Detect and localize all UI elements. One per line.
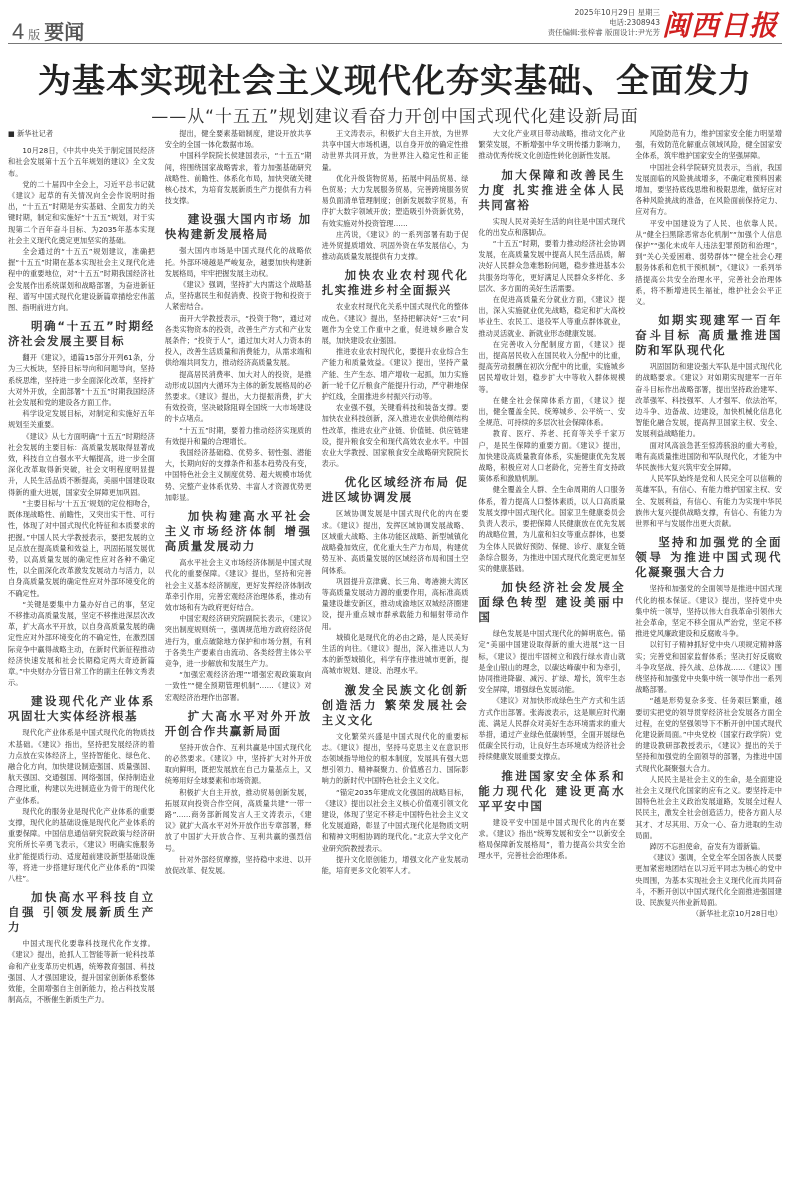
paragraph: 推进农业农村现代化，要提升农业综合生产能力和质量效益。《建议》提出，坚持产量产能… bbox=[322, 346, 469, 402]
page-label: 版 bbox=[28, 28, 40, 42]
paragraph: 针对外部经贸摩擦，坚持稳中求进、以开放促改革、促发展。 bbox=[165, 854, 312, 876]
column-5: 风险防范有力，维护国家安全能力明显增强，有效防范化解重点领域风险，健全国家安全体… bbox=[635, 128, 782, 1196]
page-number: 4 bbox=[12, 19, 24, 44]
header-divider bbox=[8, 43, 782, 44]
column-1: ■ 新华社记者 10月28日，《中共中央关于制定国民经济和社会发展第十五个五年规… bbox=[8, 128, 155, 1196]
section-heading: 优化区域经济布局 促进区域协调发展 bbox=[322, 475, 469, 505]
paragraph: 坚持开放合作、互利共赢是中国式现代化的必然要求。《建议》中，坚持扩大对外开放取向… bbox=[165, 742, 312, 787]
paragraph: 提高居民消费率、加大对人的投资，是推动形成以国内大循环为主体的新发展格局的必然要… bbox=[165, 369, 312, 425]
paragraph: 中国社会科学院研究员表示，当前，我国发展面临的风险挑战增多，不确定难预料因素增加… bbox=[635, 162, 782, 218]
paragraph: 农业强不强，关键看科技和装备支撑。要加快农业科技创新，深入推进农业供给侧结构性改… bbox=[322, 402, 469, 469]
article-subheadline: ——从“十五五”规划建议看奋力开创中国式现代化建设新局面 bbox=[0, 102, 790, 127]
paragraph: 教育、医疗、养老、托育等关乎千家万户，是民生保障的重要方面。《建议》提出，加快建… bbox=[478, 428, 625, 484]
byline: ■ 新华社记者 bbox=[8, 128, 155, 139]
paragraph: 建设平安中国是中国式现代化的内在要求。《建议》指出“统筹发展和安全”“以新安全格… bbox=[478, 817, 625, 862]
paragraph: 庄芮说，《建议》的一系列部署有助于促进外贸提质增效、巩固外资在华发展信心，为推动… bbox=[322, 229, 469, 263]
paragraph: 以钉钉子精神抓好党中央八项规定精神落实；完善党和国家监督体系；坚决打好反腐败斗争… bbox=[635, 639, 782, 695]
paragraph: 区域协调发展是中国式现代化的内在要求。《建议》提出，发挥区域协调发展战略、区域重… bbox=[322, 508, 469, 575]
paragraph: 踔厉不忘担使命，奋发有为谱新篇。 bbox=[635, 841, 782, 852]
section-heading: 加大保障和改善民生力度 扎实推进全体人民共同富裕 bbox=[478, 168, 625, 213]
paragraph: 翻开《建议》，通篇15部分开列61条，分为三大板块，坚持目标导向和问题导向，坚持… bbox=[8, 352, 155, 408]
column-3: 王文涛表示，积极扩大自主开放，为世界共享中国大市场机遇，以自身开放的确定性推动世… bbox=[322, 128, 469, 1196]
paragraph: 《建议》强调，坚持扩大内需这个战略基点，坚持惠民生和促消费、投资于物和投资于人紧… bbox=[165, 279, 312, 313]
paragraph: “主要目标与‘十五五’规划的定位相吻合，既体现战略性、前瞻性，又突出实干性、可行… bbox=[8, 498, 155, 599]
paragraph: 坚持和加强党的全面领导是推进中国式现代化的根本保证。《建议》提出，坚持党中央集中… bbox=[635, 583, 782, 639]
article-body: ■ 新华社记者 10月28日，《中共中央关于制定国民经济和社会发展第十五个五年规… bbox=[8, 128, 782, 1196]
paragraph: “十五五”时期，要着力推动经济实现质的有效提升和量的合理增长。 bbox=[165, 425, 312, 447]
section-heading: 加快农业农村现代化 扎实推进乡村全面振兴 bbox=[322, 268, 469, 298]
paragraph: 《建议》强调，全党全军全国各族人民要更加紧密地团结在以习近平同志为核心的党中央周… bbox=[635, 852, 782, 908]
article-headline: 为基本实现社会主义现代化夯实基础、全面发力 bbox=[0, 55, 790, 102]
phone-number: 电话:2308943 bbox=[548, 18, 660, 28]
paragraph: 在健全社会保障体系方面，《建议》提出，健全覆盖全民、统筹城乡、公平统一、安全规范… bbox=[478, 395, 625, 429]
paragraph: “十五五”时期，要着力推动经济社会协调发展，在高质量发展中提高人民生活品质，解决… bbox=[478, 238, 625, 294]
paragraph: 实现人民对美好生活的向往是中国式现代化的出发点和落脚点。 bbox=[478, 216, 625, 238]
paragraph: 强大国内市场是中国式现代化的战略依托。外部环境越是严峻复杂，越要加快构建新发展格… bbox=[165, 245, 312, 279]
paragraph: 《建议》从七方面明确“十五五”时期经济社会发展的主要目标：高质量发展取得显著成效… bbox=[8, 431, 155, 498]
paragraph: 提出，健全要素基础制度，建设开放共享安全的全国一体化数据市场。 bbox=[165, 128, 312, 150]
paragraph: 党的二十届四中全会上，习近平总书记就《建议》起草的有关情况向全会作说明时指出，“… bbox=[8, 179, 155, 246]
paragraph: 优化升级货物贸易，拓展中间品贸易、绿色贸易；大力发展服务贸易，完善跨境服务贸易负… bbox=[322, 173, 469, 229]
paragraph: 大文化产业项目带动战略，推动文化产业繁荣发展，不断增强中华文明传播力影响力，推动… bbox=[478, 128, 625, 162]
paragraph: 全会通过的“十五五”规划建议，准确把握“十五五”时期在基本实现社会主义现代化进程… bbox=[8, 246, 155, 313]
masthead: 4版要闻 2025年10月29日 星期三 电话:2308943 责任编辑:张梓睿… bbox=[0, 0, 790, 40]
paragraph: 现代化产业体系是中国式现代化的物质技术基础。《建议》指出，坚持把发展经济的着力点… bbox=[8, 727, 155, 805]
section-heading: 激发全民族文化创新创造活力 繁荣发展社会主义文化 bbox=[322, 683, 469, 728]
paragraph: 风险防范有力，维护国家安全能力明显增强，有效防范化解重点领域风险，健全国家安全体… bbox=[635, 128, 782, 162]
paragraph: 中国式现代化要靠科技现代化作支撑。《建议》提出，抢抓人工智能等新一轮科技革命和产… bbox=[8, 938, 155, 1005]
section-heading: 建设强大国内市场 加快构建新发展格局 bbox=[165, 212, 312, 242]
paragraph: 积极扩大自主开放，推动贸易创新发展，拓展双向投资合作空间，高质量共建“一带一路”… bbox=[165, 787, 312, 854]
newspaper-logo: 闽西日报 bbox=[662, 4, 778, 44]
paragraph: 农业农村现代化关系中国式现代化的整体成色。《建议》提出，坚持把解决好“三农”问题… bbox=[322, 301, 469, 346]
paragraph: 在完善收入分配制度方面，《建议》提出，提高居民收入在国民收入分配中的比重，提高劳… bbox=[478, 339, 625, 395]
paragraph: 提升文化原创能力，增强文化产业发展动能，培育更多文化领军人才。 bbox=[322, 854, 469, 876]
paragraph: 王文涛表示，积极扩大自主开放，为世界共享中国大市场机遇，以自身开放的确定性推动世… bbox=[322, 128, 469, 173]
paragraph: 我国经济基础稳、优势多、韧性强、潜能大，长期向好的支撑条件和基本趋势没有变，中国… bbox=[165, 447, 312, 503]
column-2: 提出，健全要素基础制度，建设开放共享安全的全国一体化数据市场。中国科学院院长侯建… bbox=[165, 128, 312, 1196]
page-number-label: 4版要闻 bbox=[12, 16, 84, 45]
paragraph: 文化繁荣兴盛是中国式现代化的重要标志。《建议》提出，坚持马克思主义在意识形态领域… bbox=[322, 731, 469, 787]
section-name: 要闻 bbox=[44, 22, 84, 44]
paragraph: 人民民主是社会主义的生命，是全面建设社会主义现代化国家的应有之义。要坚持走中国特… bbox=[635, 774, 782, 841]
paragraph: 平安中国建设为了人民、也依靠人民。从“健全扫黑除恶常态化机制”“加强个人信息保护… bbox=[635, 218, 782, 308]
dateline: （新华社北京10月28日电） bbox=[635, 908, 782, 919]
paragraph: 巩固国防和建设强大军队是中国式现代化的战略要求。《建议》对如期实现建军一百年奋斗… bbox=[635, 361, 782, 439]
section-heading: 建设现代化产业体系 巩固壮大实体经济根基 bbox=[8, 694, 155, 724]
section-heading: 扩大高水平对外开放 开创合作共赢新局面 bbox=[165, 709, 312, 739]
editor-credits: 责任编辑:张梓睿 版面设计:尹光芳 bbox=[548, 28, 660, 38]
paragraph: 科学设定发展目标，对制定和实施好五年规划至关重要。 bbox=[8, 408, 155, 430]
paragraph: 城镇化是现代化的必由之路，是人民美好生活的向往。《建议》提出，深入推进以人为本的… bbox=[322, 632, 469, 677]
section-heading: 加快构建高水平社会主义市场经济体制 增强高质量发展动力 bbox=[165, 509, 312, 554]
paragraph: 绿色发展是中国式现代化的鲜明底色。锚定“美丽中国建设取得新的重大进展”这一目标，… bbox=[478, 628, 625, 695]
paragraph: 健全覆盖全人群、全生命周期的人口服务体系，着力提高人口整体素质，以人口高质量发展… bbox=[478, 484, 625, 574]
section-heading: 明确“十五五”时期经济社会发展主要目标 bbox=[8, 319, 155, 349]
section-heading: 推进国家安全体系和能力现代化 建设更高水平平安中国 bbox=[478, 769, 625, 814]
section-heading: 如期实现建军一百年奋斗目标 高质量推进国防和军队现代化 bbox=[635, 313, 782, 358]
section-heading: 坚持和加强党的全面领导 为推进中国式现代化凝聚强大合力 bbox=[635, 535, 782, 580]
paragraph: 中国科学院院长侯建国表示，“十五五”期间，将围绕国家战略需求，着力加强基础研究战… bbox=[165, 150, 312, 206]
paragraph: “关键是要集中力量办好自己的事，坚定不移推动高质量发展，坚定不移推进深层次改革，… bbox=[8, 599, 155, 689]
section-heading: 加快高水平科技自立自强 引领发展新质生产力 bbox=[8, 890, 155, 935]
paragraph: 在促进高质量充分就业方面，《建议》提出，深入实施就业优先战略，稳定和扩大高校毕业… bbox=[478, 294, 625, 339]
paragraph: 人民军队始终是党和人民完全可以信赖的英雄军队，有信心、有能力维护国家主权、安全、… bbox=[635, 473, 782, 529]
paragraph: 南开大学教授表示，“投资于物”，通过对各类实物资本的投资，改善生产方式和产业发展… bbox=[165, 313, 312, 369]
issue-date: 2025年10月29日 星期三 bbox=[548, 8, 660, 18]
column-4: 大文化产业项目带动战略，推动文化产业繁荣发展，不断增强中华文明传播力影响力，推动… bbox=[478, 128, 625, 1196]
paragraph: 高水平社会主义市场经济体制是中国式现代化的重要保障。《建议》提出，坚持和完善社会… bbox=[165, 557, 312, 613]
section-heading: 加快经济社会发展全面绿色转型 建设美丽中国 bbox=[478, 580, 625, 625]
paragraph: “越是形势复杂多变、任务艰巨繁重，越要切实把党的领导贯穿经济社会发展各方面全过程… bbox=[635, 695, 782, 773]
paragraph: 巩固提升京津冀、长三角、粤港澳大湾区等高质量发展动力源的重要作用，高标准高质量建… bbox=[322, 576, 469, 632]
paragraph: 《建议》对加快形成绿色生产方式和生活方式作出部署。张海波表示，这是顺应时代潮流、… bbox=[478, 695, 625, 762]
paragraph: 中国宏观经济研究院副院长表示，《建议》突出制度规则统一，强调规范地方政府经济促进… bbox=[165, 613, 312, 669]
paragraph: “加强宏观经济治理”“增强宏观政策取向一致性”“健全预期管理机制”……《建议》对… bbox=[165, 669, 312, 703]
paragraph: 10月28日，《中共中央关于制定国民经济和社会发展第十五个五年规划的建议》全文发… bbox=[8, 145, 155, 179]
issue-meta: 2025年10月29日 星期三 电话:2308943 责任编辑:张梓睿 版面设计… bbox=[548, 8, 660, 38]
paragraph: “锚定2035年建成文化强国的战略目标，《建议》提出以社会主义核心价值观引领文化… bbox=[322, 787, 469, 854]
paragraph: 现代化的服务业是现代化产业体系的重要支撑，现代化的基础设施是现代化产业体系的重要… bbox=[8, 806, 155, 884]
paragraph: 面对风高浪急甚至惊涛骇浪的重大考验，唯有高质量推进国防和军队现代化，才能为中华民… bbox=[635, 440, 782, 474]
